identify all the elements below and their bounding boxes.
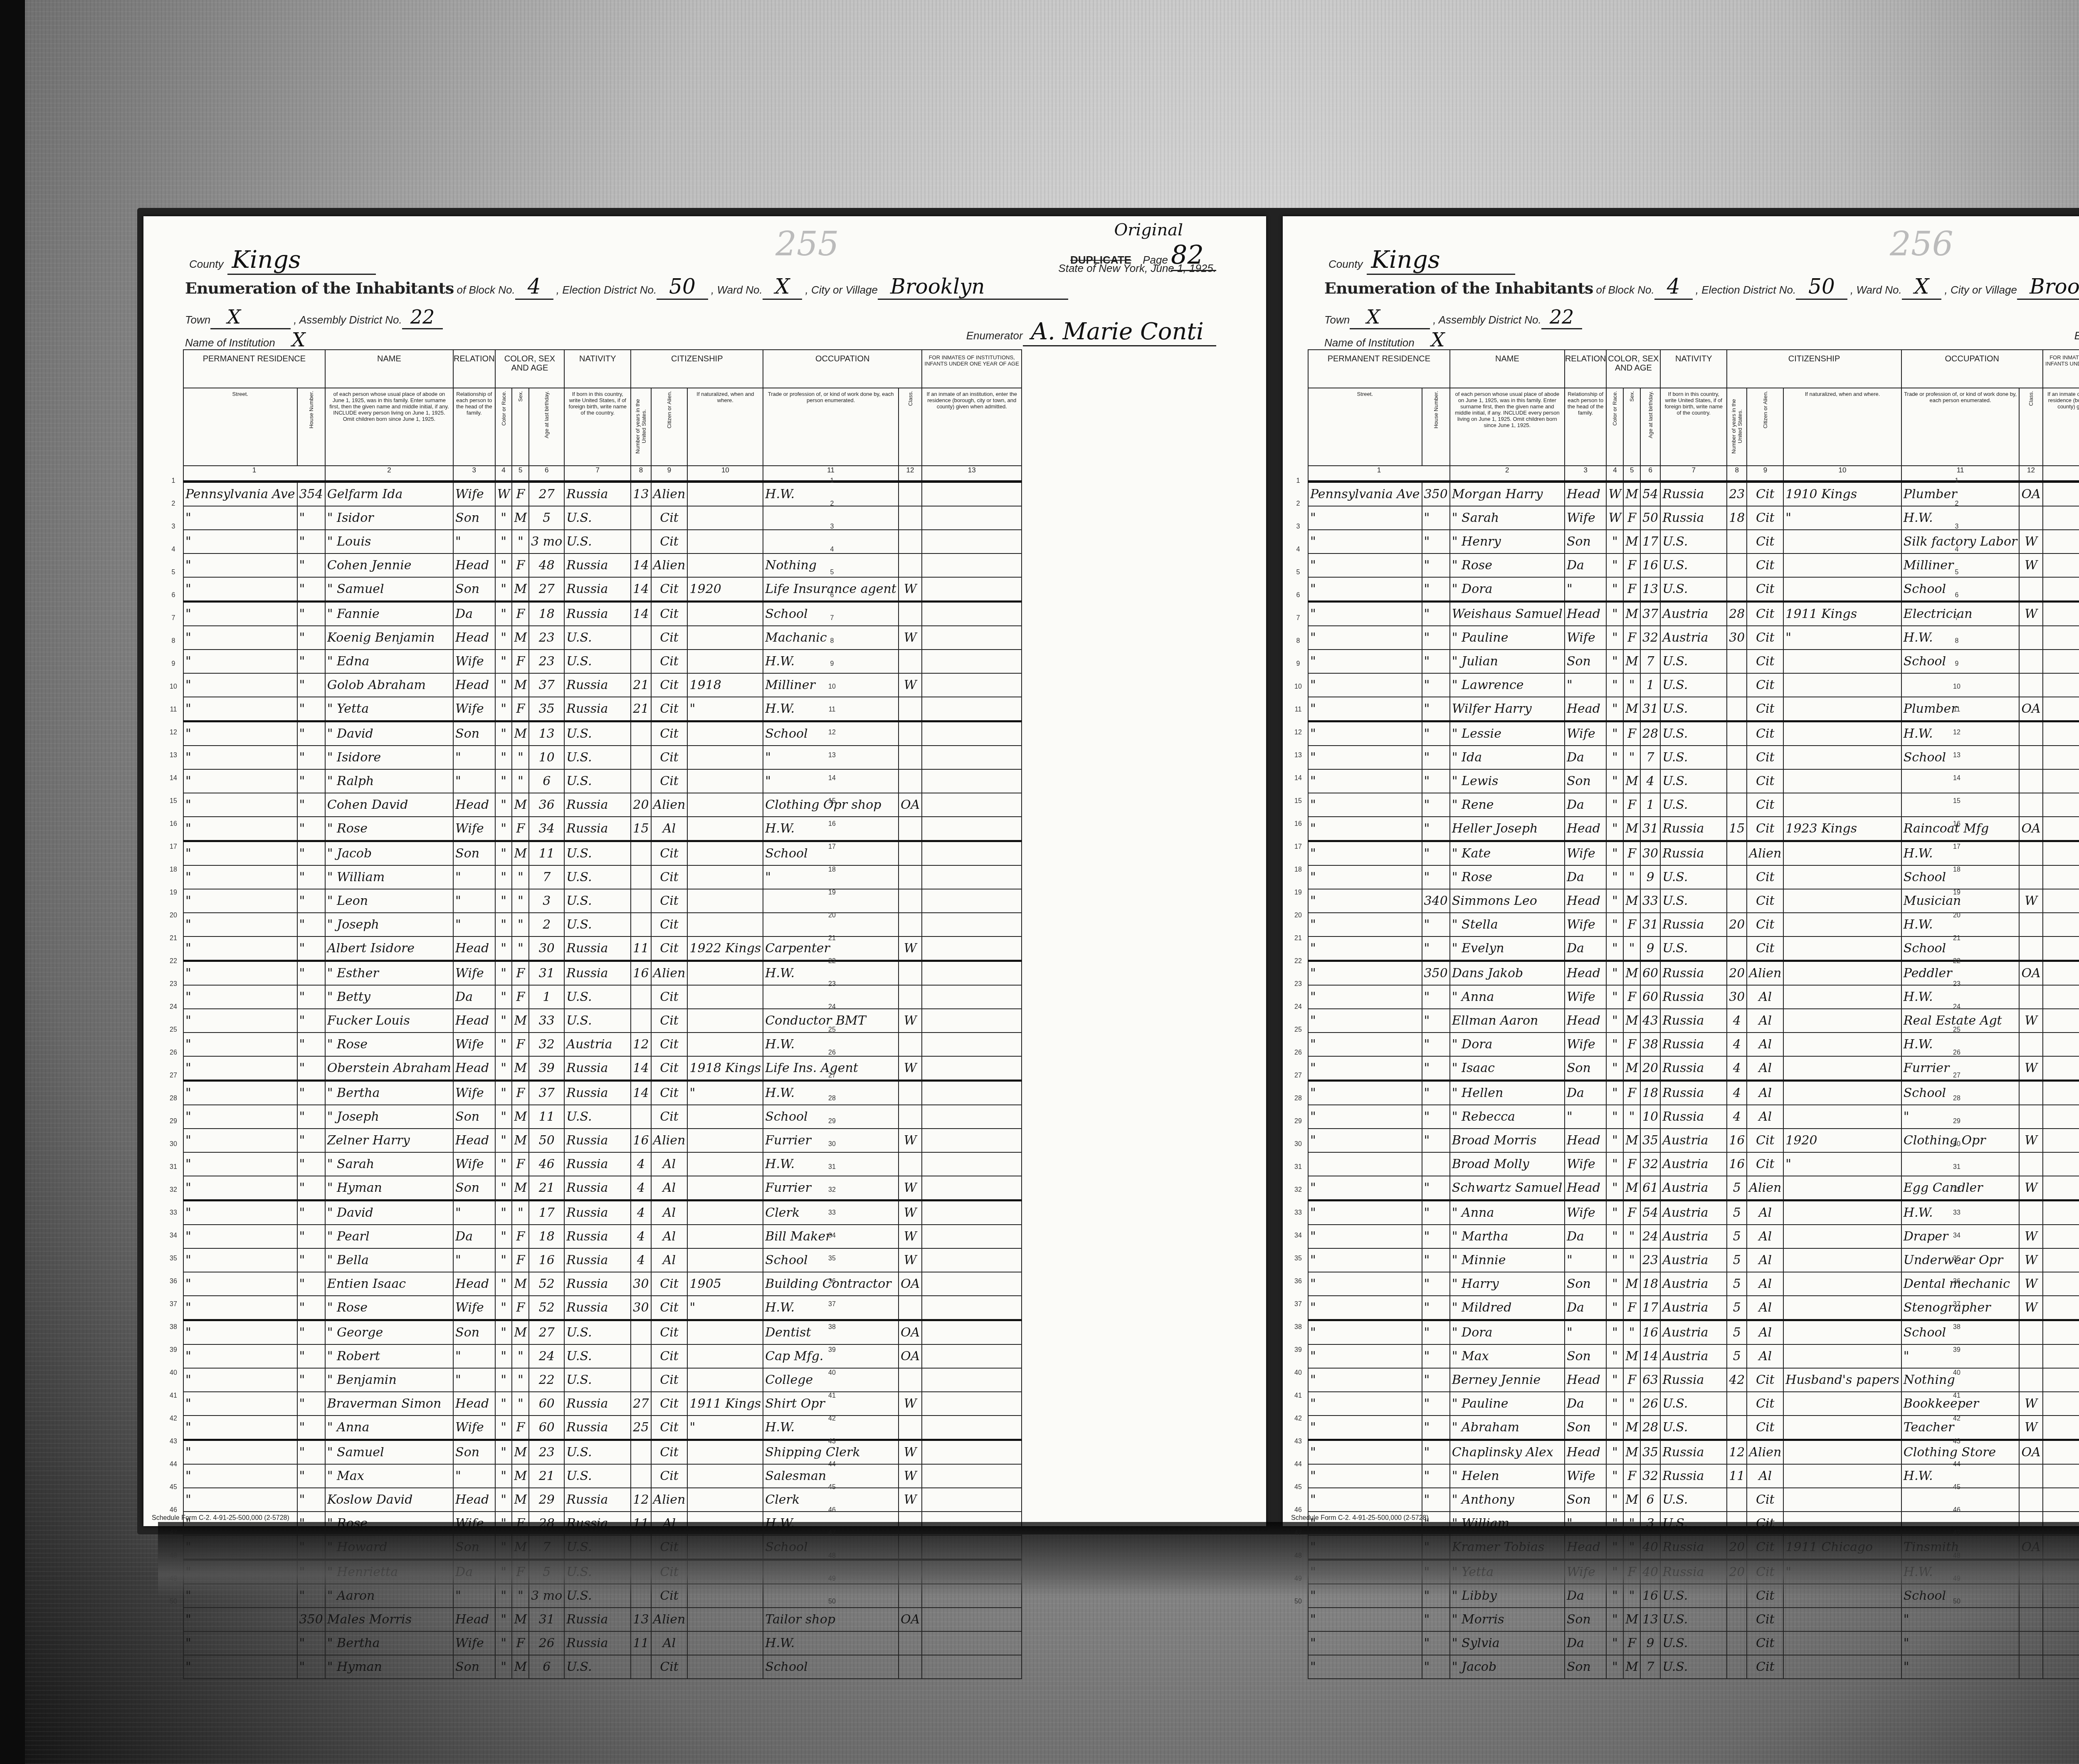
cell-inmates — [922, 1608, 1022, 1631]
column-number: 6 — [1640, 466, 1660, 482]
cell-nat: Russia — [564, 1176, 631, 1201]
cell-age: 35 — [1640, 1440, 1660, 1465]
line-number: 3 — [1951, 523, 1963, 531]
cell-cls — [899, 985, 922, 1009]
cell-cls — [2019, 985, 2042, 1009]
cell-color: " — [495, 1248, 512, 1272]
cell-name: Golob Abraham — [325, 673, 453, 697]
census-page-left: 255 Original DUPLICATE Page 82 State of … — [143, 216, 1266, 1526]
subheader-citizen-alien: Citizen or Alien. — [666, 391, 672, 428]
cell-age: 18 — [1640, 1272, 1660, 1296]
cell-yrs: 11 — [1727, 1464, 1747, 1488]
cell-street: " — [183, 1440, 297, 1465]
cell-rel: Son — [1565, 1608, 1607, 1631]
cell-color: " — [495, 961, 512, 986]
cell-yrs — [1727, 553, 1747, 577]
cell-nat: Russia — [564, 1129, 631, 1152]
cell-nat: Austria — [1660, 602, 1727, 626]
cell-house: " — [1422, 1105, 1450, 1129]
cell-age: 28 — [1640, 1416, 1660, 1440]
form-footer: Schedule Form C-2. 4-91-25-500,000 (2-57… — [1291, 1514, 1429, 1522]
subheader-color: Color or Race. — [1612, 391, 1618, 426]
subheader-relation-desc: Relationship of each person to the head … — [453, 388, 495, 466]
cell-name: " Edna — [325, 650, 453, 673]
cell-sex: F — [1623, 1081, 1640, 1105]
cell-inmates — [2043, 1631, 2079, 1655]
line-number: 40 — [1292, 1369, 1304, 1377]
cell-sex: F — [512, 602, 529, 626]
cell-age: 50 — [1640, 506, 1660, 530]
cell-street: " — [1308, 602, 1422, 626]
cell-age: 50 — [529, 1129, 564, 1152]
cell-house: " — [1422, 793, 1450, 817]
cell-yrs: 16 — [1727, 1129, 1747, 1152]
cell-inmates — [922, 721, 1022, 746]
cell-rel: Da — [453, 985, 495, 1009]
cell-name: " Minnie — [1450, 1248, 1565, 1272]
cell-inmates — [922, 1009, 1022, 1033]
cell-age: 16 — [529, 1248, 564, 1272]
line-number: 38 — [167, 1324, 180, 1331]
table-row: ""Entien IsaacHead"M52Russia30Cit1905Bui… — [183, 1272, 1022, 1296]
cell-yrs: 5 — [1727, 1225, 1747, 1248]
cell-age: 13 — [1640, 577, 1660, 602]
line-number: 41 — [1951, 1392, 1963, 1400]
cell-cit: Cit — [651, 1440, 688, 1465]
cell-house: " — [297, 1201, 325, 1225]
line-number: 36 — [1292, 1278, 1304, 1285]
cell-street: " — [183, 577, 297, 602]
cell-cls — [899, 1296, 922, 1320]
cell-house: " — [297, 1056, 325, 1081]
cell-rel: Da — [1565, 1296, 1607, 1320]
cell-inmates — [2043, 482, 2079, 506]
cell-house: " — [1422, 506, 1450, 530]
cell-nat: Austria — [1660, 1176, 1727, 1201]
cell-nat_when: " — [1783, 506, 1901, 530]
table-row: """ RoseWife"F34Russia15AlH.W. — [183, 817, 1022, 841]
line-number: 41 — [1292, 1392, 1304, 1400]
cell-cit: Cit — [651, 1368, 688, 1392]
cell-inmates — [922, 1056, 1022, 1081]
cell-yrs — [1727, 577, 1747, 602]
cell-cls: OA — [899, 1344, 922, 1368]
cell-cls — [899, 746, 922, 769]
cell-house: " — [297, 961, 325, 986]
cell-name: " William — [325, 865, 453, 889]
cell-street: " — [183, 985, 297, 1009]
cell-occ: Electrician — [1901, 602, 2020, 626]
cell-name: " Hyman — [325, 1655, 453, 1679]
cell-cls — [899, 1152, 922, 1176]
cell-cls: W — [2019, 1272, 2042, 1296]
cell-cit: Cit — [651, 1009, 688, 1033]
cell-nat_when: " — [687, 697, 763, 721]
cell-color: " — [495, 793, 512, 817]
table-row: """ SamuelSon"M23U.S.CitShipping ClerkW — [183, 1440, 1022, 1465]
cell-cls — [899, 1655, 922, 1679]
cell-sex: F — [512, 697, 529, 721]
line-number: 28 — [167, 1095, 180, 1102]
table-row: """ GeorgeSon"M27U.S.CitDentistOA — [183, 1320, 1022, 1345]
cell-nat_when — [687, 1631, 763, 1655]
cell-cls — [899, 841, 922, 866]
cell-nat_when — [1783, 1631, 1901, 1655]
cell-inmates — [2043, 1655, 2079, 1679]
cell-street: Pennsylvania Ave — [1308, 482, 1422, 506]
cell-cls: W — [2019, 1392, 2042, 1416]
cell-nat: U.S. — [1660, 865, 1727, 889]
cell-cls — [2019, 506, 2042, 530]
cell-color: " — [1606, 1176, 1623, 1201]
line-number: 46 — [167, 1507, 180, 1514]
table-row: """ BerthaWife"F26Russia11AlH.W. — [183, 1631, 1022, 1655]
line-number: 31 — [167, 1164, 180, 1171]
cell-sex: " — [512, 769, 529, 793]
cell-cls: W — [2019, 1296, 2042, 1320]
cell-sex: M — [512, 841, 529, 866]
table-row: """ AnthonySon"M6U.S.Cit — [1308, 1488, 2079, 1512]
cell-name: " Julian — [1450, 650, 1565, 673]
cell-name: " Fannie — [325, 602, 453, 626]
cell-sex: F — [1623, 1296, 1640, 1320]
cell-inmates — [922, 1152, 1022, 1176]
line-number: 3 — [826, 523, 838, 531]
cell-yrs: 21 — [631, 673, 651, 697]
cell-cls — [2019, 913, 2042, 936]
line-number: 39 — [1292, 1346, 1304, 1354]
cell-yrs: 25 — [631, 1416, 651, 1440]
cell-inmates — [2043, 1464, 2079, 1488]
cell-cls — [2019, 1464, 2042, 1488]
cell-cit: Cit — [1747, 1655, 1783, 1679]
cell-street: " — [183, 936, 297, 961]
table-row: ""Fucker LouisHead"M33U.S.CitConductor B… — [183, 1009, 1022, 1033]
cell-house: " — [297, 530, 325, 553]
line-number: 6 — [826, 592, 838, 599]
line-number: 1 — [826, 477, 838, 485]
cell-name: " Pauline — [1450, 1392, 1565, 1416]
cell-nat: U.S. — [564, 1440, 631, 1465]
cell-inmates — [922, 577, 1022, 602]
cell-house: " — [297, 793, 325, 817]
cell-house: " — [1422, 1248, 1450, 1272]
line-number: 12 — [167, 729, 180, 736]
cell-color: " — [495, 1176, 512, 1201]
cell-yrs: 4 — [631, 1201, 651, 1225]
cell-rel: Head — [1565, 889, 1607, 913]
cell-sex: M — [512, 1608, 529, 1631]
cell-cls — [2019, 673, 2042, 697]
column-number: 6 — [529, 466, 564, 482]
cell-rel: " — [1565, 1320, 1607, 1345]
cell-color: " — [495, 769, 512, 793]
line-number: 36 — [167, 1278, 180, 1285]
cell-yrs: 5 — [1727, 1272, 1747, 1296]
subheader-age: Age at last birthday. — [543, 391, 550, 438]
line-number: 33 — [1951, 1209, 1963, 1217]
county-value: Kings — [1367, 245, 1515, 275]
line-number: 17 — [167, 843, 180, 851]
cell-name: " Anna — [325, 1416, 453, 1440]
cell-rel: Da — [1565, 1392, 1607, 1416]
cell-street: " — [183, 1344, 297, 1368]
cell-cls: W — [2019, 1416, 2042, 1440]
cell-color: " — [495, 577, 512, 602]
cell-house: " — [297, 769, 325, 793]
cell-street: " — [1308, 721, 1422, 746]
cell-nat_when — [687, 1176, 763, 1201]
cell-nat: U.S. — [564, 1464, 631, 1488]
cell-street: " — [1308, 1440, 1422, 1465]
header-color-sex-age: COLOR, SEX AND AGE — [495, 350, 565, 388]
cell-age: 27 — [529, 1320, 564, 1345]
line-number: 24 — [826, 1003, 838, 1011]
cell-nat_when: 1910 Kings — [1783, 482, 1901, 506]
cell-street: " — [183, 721, 297, 746]
table-row: ""Koenig BenjaminHead"M23U.S.CitMachanic… — [183, 626, 1022, 650]
cell-sex: M — [1623, 817, 1640, 841]
cell-cls: W — [899, 1056, 922, 1081]
cell-inmates — [922, 865, 1022, 889]
cell-street: " — [183, 1608, 297, 1631]
cell-nat_when — [1783, 1655, 1901, 1679]
cell-name: Gelfarm Ida — [325, 482, 453, 506]
cell-color: " — [495, 1416, 512, 1440]
cell-rel: Da — [1565, 1081, 1607, 1105]
line-number: 8 — [1292, 637, 1304, 645]
column-number: 4 — [495, 466, 512, 482]
cell-cit: Al — [1747, 1081, 1783, 1105]
cell-nat_when — [687, 1009, 763, 1033]
cell-inmates — [922, 1392, 1022, 1416]
cell-nat: U.S. — [1660, 1655, 1727, 1679]
cell-house: " — [297, 1392, 325, 1416]
cell-house: " — [1422, 577, 1450, 602]
cell-name: " Martha — [1450, 1225, 1565, 1248]
cell-nat: Russia — [1660, 482, 1727, 506]
table-row: "350Dans JakobHead"M60Russia20AlienPeddl… — [1308, 961, 2079, 986]
cell-inmates — [2043, 1248, 2079, 1272]
line-number: 21 — [1292, 935, 1304, 942]
cell-nat_when — [687, 1608, 763, 1631]
column-number: 9 — [1747, 466, 1783, 482]
cell-street: " — [183, 961, 297, 986]
cell-name: " Max — [325, 1464, 453, 1488]
cell-cit: Al — [651, 1631, 688, 1655]
cell-rel: Head — [1565, 697, 1607, 721]
cell-nat: U.S. — [1660, 793, 1727, 817]
cell-sex: M — [1623, 1129, 1640, 1152]
cell-nat_when — [687, 650, 763, 673]
line-number: 27 — [826, 1072, 838, 1080]
town-value: X — [1350, 306, 1430, 329]
cell-age: 13 — [1640, 1608, 1660, 1631]
cell-yrs: 12 — [631, 1033, 651, 1056]
cell-age: 48 — [529, 553, 564, 577]
cell-nat_when — [687, 746, 763, 769]
cell-rel: Son — [1565, 650, 1607, 673]
line-number: 2 — [1292, 500, 1304, 508]
cell-cls: W — [899, 626, 922, 650]
cell-nat_when — [687, 1368, 763, 1392]
line-number: 13 — [826, 752, 838, 759]
cell-cit: Cit — [1747, 913, 1783, 936]
cell-age: 52 — [529, 1296, 564, 1320]
subheader-street: Street. — [1308, 388, 1422, 466]
header-relation: RELATION — [453, 350, 495, 388]
table-row: """ DoraWife"F38Russia4AlH.W. — [1308, 1033, 2079, 1056]
column-number: 10 — [687, 466, 763, 482]
cell-rel: Wife — [453, 650, 495, 673]
cell-color: " — [1606, 1033, 1623, 1056]
cell-yrs: 30 — [631, 1272, 651, 1296]
cell-yrs: 4 — [1727, 1081, 1747, 1105]
cell-nat: U.S. — [1660, 697, 1727, 721]
cell-cls — [2019, 1033, 2042, 1056]
cell-cls — [2019, 1655, 2042, 1679]
cell-house: " — [297, 1272, 325, 1296]
cell-street: " — [183, 1152, 297, 1176]
state-date-line: State of New York, June 1, 1925. — [1058, 262, 1216, 275]
cell-nat_when — [1783, 889, 1901, 913]
cell-nat: U.S. — [564, 1009, 631, 1033]
cell-age: 38 — [1640, 1033, 1660, 1056]
cell-house: " — [297, 1081, 325, 1105]
cell-nat: U.S. — [1660, 577, 1727, 602]
cell-yrs — [1727, 1655, 1747, 1679]
cell-color: " — [1606, 530, 1623, 553]
line-number: 13 — [167, 752, 180, 759]
cell-age: 20 — [1640, 1056, 1660, 1081]
census-page-right: 256 Original DUPLICATE Page 83 State of … — [1283, 216, 2079, 1526]
cell-cit: Cit — [1747, 1152, 1783, 1176]
cell-inmates — [2043, 1344, 2079, 1368]
cell-house: " — [1422, 673, 1450, 697]
cell-cit: Cit — [651, 530, 688, 553]
cell-nat_when: " — [1783, 1152, 1901, 1176]
cell-cls: W — [2019, 553, 2042, 577]
cell-sex: " — [1623, 1392, 1640, 1416]
cell-street: " — [1308, 1272, 1422, 1296]
cell-yrs: 4 — [631, 1248, 651, 1272]
cell-age: 32 — [1640, 1464, 1660, 1488]
cell-house: " — [297, 697, 325, 721]
cell-sex: M — [512, 1176, 529, 1201]
cell-rel: Head — [453, 553, 495, 577]
line-number: 37 — [826, 1301, 838, 1308]
cell-cls — [2019, 1152, 2042, 1176]
cell-color: " — [1606, 817, 1623, 841]
cell-cit: Cit — [651, 1081, 688, 1105]
cell-rel: Son — [1565, 1488, 1607, 1512]
cell-inmates — [922, 1201, 1022, 1225]
cell-nat: Russia — [1660, 1105, 1727, 1129]
cell-sex: " — [512, 1392, 529, 1416]
line-number: 4 — [1292, 546, 1304, 553]
cell-color: " — [1606, 721, 1623, 746]
table-row: """ PaulineDa""26U.S.CitBookkeeperW — [1308, 1392, 2079, 1416]
cell-color: " — [495, 1201, 512, 1225]
cell-nat_when — [1783, 1033, 1901, 1056]
line-number: 43 — [167, 1438, 180, 1445]
cell-yrs — [631, 1344, 651, 1368]
cell-color: " — [1606, 553, 1623, 577]
cell-nat: U.S. — [564, 865, 631, 889]
cell-yrs — [1727, 1631, 1747, 1655]
line-number: 16 — [826, 820, 838, 828]
cell-cls — [899, 721, 922, 746]
county-field: CountyKings — [1328, 245, 1515, 274]
cell-nat_when — [1783, 1344, 1901, 1368]
cell-inmates — [2043, 1152, 2079, 1176]
cell-street: " — [183, 1320, 297, 1345]
cell-age: 37 — [529, 673, 564, 697]
cell-house: " — [297, 1129, 325, 1152]
line-number: 16 — [167, 820, 180, 828]
cell-cit: Cit — [651, 1056, 688, 1081]
cell-rel: " — [453, 889, 495, 913]
cell-street: " — [1308, 1296, 1422, 1320]
cell-cls: W — [899, 936, 922, 961]
cell-nat_when: 1920 — [1783, 1129, 1901, 1152]
table-row: """ Minnie"""23Austria5AlUnderwear OprW — [1308, 1248, 2079, 1272]
cell-name: " Louis — [325, 530, 453, 553]
cell-street: " — [183, 1201, 297, 1225]
line-number: 9 — [167, 660, 180, 668]
cell-age: 24 — [1640, 1225, 1660, 1248]
cell-house: 354 — [297, 482, 325, 506]
table-row: ""Wilfer HarryHead"M31U.S.CitPlumberOA — [1308, 697, 2079, 721]
cell-nat: Russia — [564, 1392, 631, 1416]
cell-inmates — [2043, 1009, 2079, 1033]
cell-house: " — [1422, 1631, 1450, 1655]
cell-nat_when — [1783, 961, 1901, 986]
subheader-occupation-desc: Trade or profession of, or kind of work … — [763, 388, 899, 466]
cell-name: " Bertha — [325, 1081, 453, 1105]
cell-age: 35 — [529, 697, 564, 721]
cell-yrs — [1727, 1488, 1747, 1512]
cell-cls: W — [899, 1201, 922, 1225]
line-number: 25 — [167, 1026, 180, 1034]
line-number: 15 — [1951, 798, 1963, 805]
cell-sex: F — [512, 985, 529, 1009]
table-row: """ Rebecca"""10Russia4Al" — [1308, 1105, 2079, 1129]
line-number: 7 — [826, 615, 838, 622]
header-inmates: FOR INMATES OF INSTITUTIONS, INFANTS UND… — [922, 350, 1022, 388]
cell-rel: Head — [453, 793, 495, 817]
cell-name: Braverman Simon — [325, 1392, 453, 1416]
cell-house: " — [297, 602, 325, 626]
cell-age: 26 — [1640, 1392, 1660, 1416]
cell-name: " Harry — [1450, 1272, 1565, 1296]
cell-color: " — [1606, 1440, 1623, 1465]
enumeration-line: Enumeration of the Inhabitants of Block … — [185, 274, 1068, 299]
cell-name: " Helen — [1450, 1464, 1565, 1488]
cell-sex: M — [1623, 482, 1640, 506]
line-number: 44 — [1292, 1461, 1304, 1468]
cell-sex: M — [512, 577, 529, 602]
cell-nat: U.S. — [564, 530, 631, 553]
cell-yrs — [631, 1464, 651, 1488]
table-row: """ LessieWife"F28U.S.CitH.W. — [1308, 721, 2079, 746]
table-row: """ MildredDa"F17Austria5AlStenographerW — [1308, 1296, 2079, 1320]
cell-rel: Head — [453, 1129, 495, 1152]
cell-street: " — [1308, 1176, 1422, 1201]
cell-age: 31 — [1640, 697, 1660, 721]
cell-rel: Son — [1565, 769, 1607, 793]
cell-name: " Dora — [1450, 577, 1565, 602]
